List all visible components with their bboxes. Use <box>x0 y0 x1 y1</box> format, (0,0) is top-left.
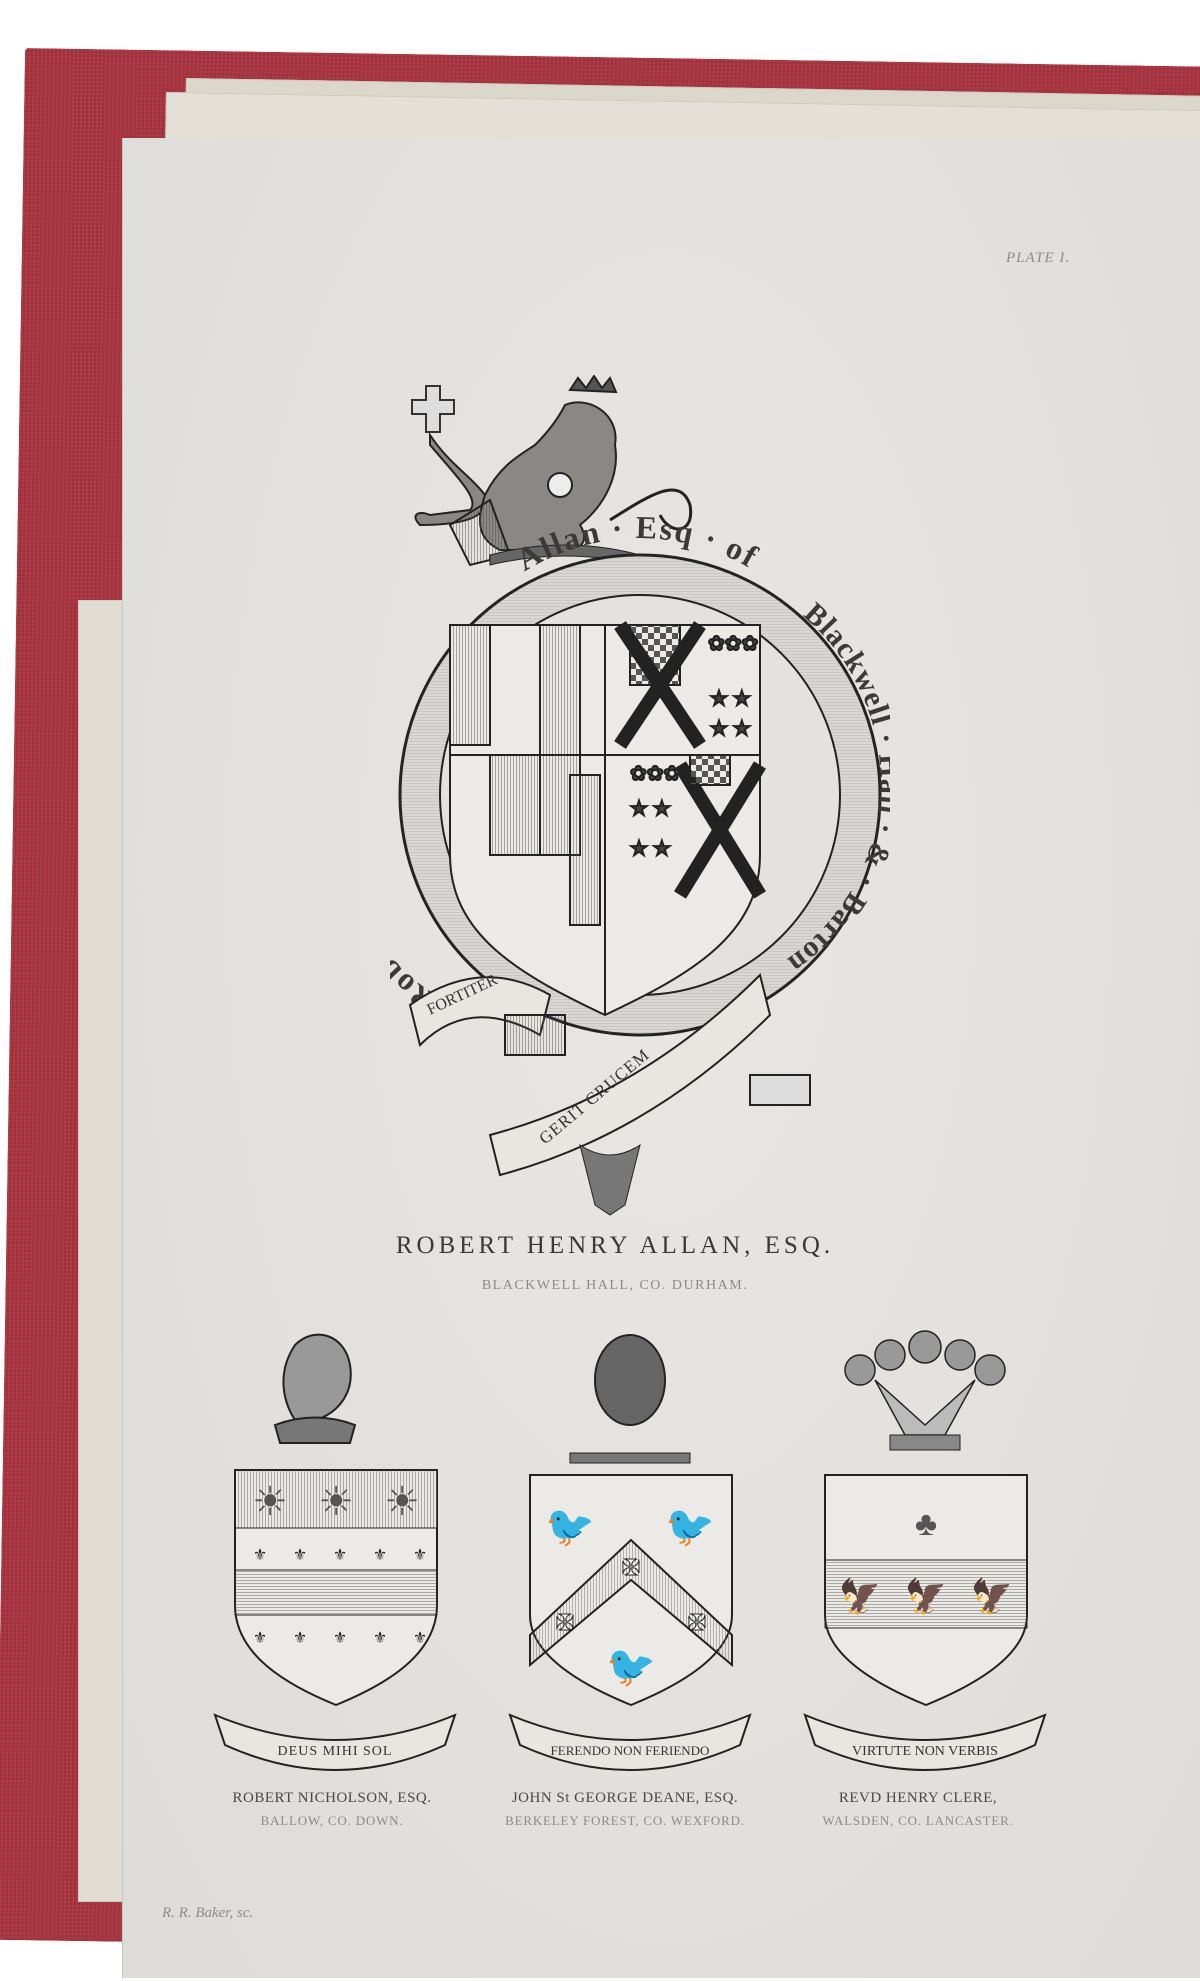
svg-text:✠: ✠ <box>622 1555 640 1580</box>
raven-chevron-shield-icon: ✠✠✠ 🐦🐦🐦 FERENDO NON FERIENDO <box>500 1325 760 1780</box>
svg-text:⚜: ⚜ <box>293 1547 307 1564</box>
svg-text:✠: ✠ <box>688 1610 706 1635</box>
svg-text:✿✿✿: ✿✿✿ <box>708 633 758 655</box>
svg-text:★ ★: ★ ★ <box>710 688 751 710</box>
crowned-lion-rampant-icon: Robert · Henry · Allan · Esq · of Blackw… <box>390 375 890 1235</box>
svg-text:⚜: ⚜ <box>373 1630 387 1647</box>
svg-text:★ ★: ★ ★ <box>630 798 671 820</box>
svg-text:☀: ☀ <box>384 1479 420 1524</box>
arms-name: JOHN St GEORGE DEANE, ESQ. <box>475 1790 775 1807</box>
caption-nicholson: ROBERT NICHOLSON, ESQ. BALLOW, CO. DOWN. <box>182 1790 482 1829</box>
svg-text:⚜: ⚜ <box>253 1547 267 1564</box>
svg-text:🦅: 🦅 <box>839 1576 881 1616</box>
arms-seat: BERKELEY FOREST, CO. WEXFORD. <box>475 1813 775 1829</box>
svg-text:🐦: 🐦 <box>545 1504 595 1549</box>
svg-text:⚜: ⚜ <box>333 1547 347 1564</box>
caption-deane: JOHN St GEORGE DEANE, ESQ. BERKELEY FORE… <box>475 1790 775 1829</box>
svg-text:⚜: ⚜ <box>293 1630 307 1647</box>
nicholson-coat-of-arms: ☀☀☀ ⚜⚜⚜⚜⚜ ⚜⚜⚜⚜⚜ DEUS MIHI SOL <box>205 1325 465 1780</box>
arms-name: ROBERT NICHOLSON, ESQ. <box>182 1790 482 1807</box>
main-arms-seat: BLACKWELL HALL, CO. DURHAM. <box>0 1278 1200 1294</box>
svg-text:⚜: ⚜ <box>413 1630 427 1647</box>
plate-number: PLATE I. <box>1006 250 1070 267</box>
motto: VIRTUTE NON VERBIS <box>852 1744 998 1759</box>
svg-text:☀: ☀ <box>318 1479 354 1524</box>
svg-text:☀: ☀ <box>252 1479 288 1524</box>
svg-text:⚜: ⚜ <box>413 1547 427 1564</box>
svg-text:♣: ♣ <box>915 1506 937 1543</box>
clere-coat-of-arms: ♣ 🦅🦅🦅 VIRTUTE NON VERBIS <box>795 1325 1055 1780</box>
caption-clere: REVD HENRY CLERE, WALSDEN, CO. LANCASTER… <box>768 1790 1068 1829</box>
eagle-fess-shield-icon: ♣ 🦅🦅🦅 VIRTUTE NON VERBIS <box>795 1325 1055 1780</box>
main-arms-name: ROBERT HENRY ALLAN, ESQ. <box>0 1232 1200 1260</box>
sun-shield-icon: ☀☀☀ ⚜⚜⚜⚜⚜ ⚜⚜⚜⚜⚜ DEUS MIHI SOL <box>205 1325 465 1780</box>
svg-text:🦅: 🦅 <box>971 1576 1013 1616</box>
engraver-credit: R. R. Baker, sc. <box>162 1905 253 1922</box>
svg-text:✿✿✿: ✿✿✿ <box>630 763 680 785</box>
deane-coat-of-arms: ✠✠✠ 🐦🐦🐦 FERENDO NON FERIENDO <box>500 1325 760 1780</box>
svg-text:★ ★: ★ ★ <box>710 718 751 740</box>
arms-seat: BALLOW, CO. DOWN. <box>182 1813 482 1829</box>
svg-text:🦅: 🦅 <box>905 1576 947 1616</box>
motto: DEUS MIHI SOL <box>278 1744 393 1759</box>
svg-text:🐦: 🐦 <box>606 1644 656 1689</box>
arms-name: REVD HENRY CLERE, <box>768 1790 1068 1807</box>
main-coat-of-arms: Robert · Henry · Allan · Esq · of Blackw… <box>390 375 890 1235</box>
svg-text:⚜: ⚜ <box>253 1630 267 1647</box>
motto: FERENDO NON FERIENDO <box>551 1743 710 1758</box>
svg-text:🐦: 🐦 <box>665 1504 715 1549</box>
arms-seat: WALSDEN, CO. LANCASTER. <box>768 1813 1068 1829</box>
svg-text:⚜: ⚜ <box>333 1630 347 1647</box>
svg-text:★ ★: ★ ★ <box>630 838 671 860</box>
svg-text:✠: ✠ <box>556 1610 574 1635</box>
svg-text:⚜: ⚜ <box>373 1547 387 1564</box>
